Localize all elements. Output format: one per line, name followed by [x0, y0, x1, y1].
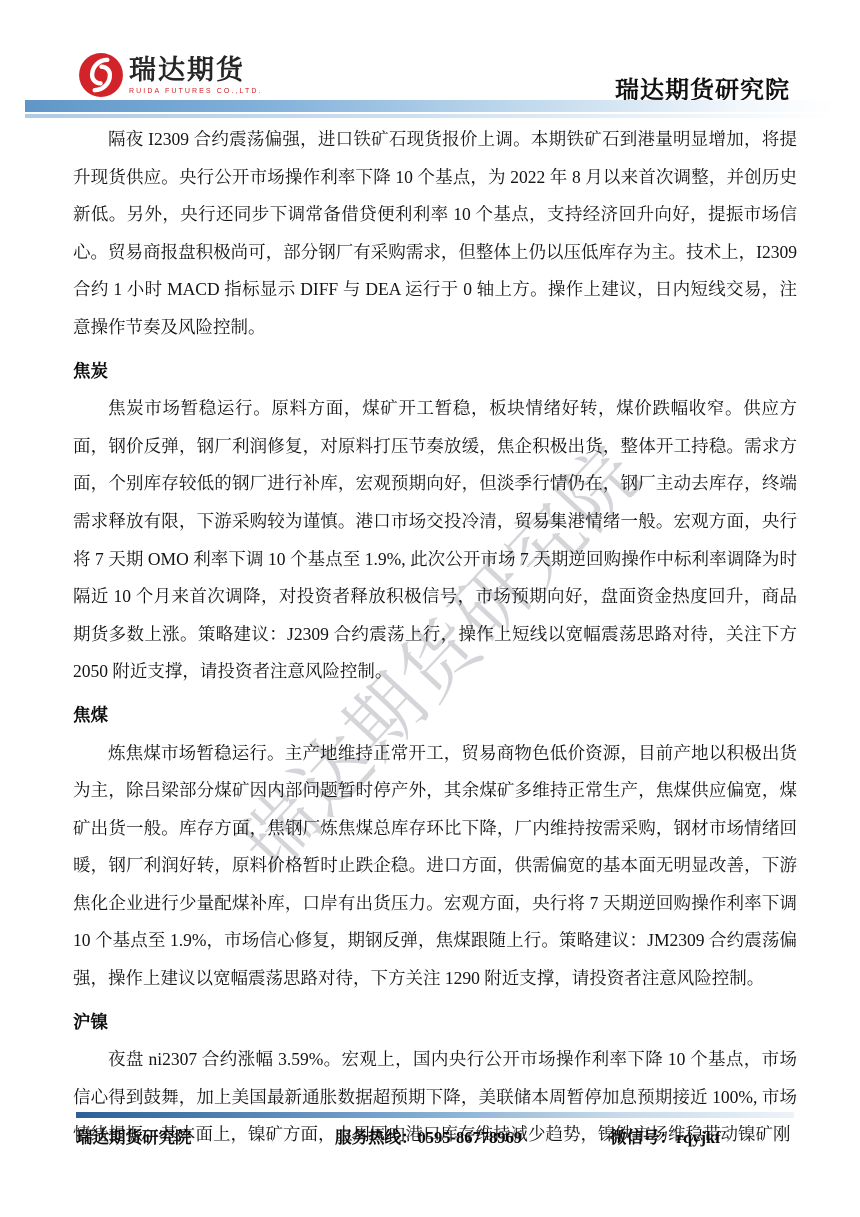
section-heading-shanghai-nickel: 沪镍 — [73, 1004, 797, 1042]
report-page: 瑞达期货 RUIDA FUTURES CO.,LTD. 瑞达期货研究院 瑞达期货… — [0, 0, 860, 1217]
brand-name-en: RUIDA FUTURES CO.,LTD. — [129, 88, 263, 95]
footer-rule — [76, 1112, 794, 1118]
paragraph-coke: 焦炭市场暂稳运行。原料方面，煤矿开工暂稳，板块情绪好转，煤价跌幅收窄。供应方面，… — [73, 390, 797, 691]
ruida-logo-icon — [78, 52, 124, 98]
footer-hotline-number: 0595-86778969 — [418, 1128, 523, 1147]
footer-hotline: 服务热线：0595-86778969 — [335, 1124, 522, 1148]
footer-wechat-id: rqyjkf — [676, 1128, 721, 1147]
header-rule-main — [25, 100, 835, 112]
section-heading-coke: 焦炭 — [73, 353, 797, 391]
logo-text: 瑞达期货 RUIDA FUTURES CO.,LTD. — [129, 52, 263, 95]
footer-wechat: 微信号：rqyjkf — [610, 1124, 721, 1148]
document-body: 隔夜 I2309 合约震荡偏强，进口铁矿石现货报价上调。本期铁矿石到港量明显增加… — [73, 121, 797, 1154]
header-rule — [25, 100, 835, 118]
footer-institute: 瑞达期货研究院 — [76, 1124, 192, 1148]
footer-wechat-label: 微信号： — [610, 1128, 676, 1147]
section-heading-coking-coal: 焦煤 — [73, 697, 797, 735]
paragraph-iron-ore: 隔夜 I2309 合约震荡偏强，进口铁矿石现货报价上调。本期铁矿石到港量明显增加… — [73, 121, 797, 347]
company-logo: 瑞达期货 RUIDA FUTURES CO.,LTD. — [78, 52, 263, 98]
header-rule-sub — [25, 114, 835, 118]
brand-name-cn: 瑞达期货 — [129, 54, 263, 86]
footer-hotline-label: 服务热线： — [335, 1128, 418, 1147]
paragraph-coking-coal: 炼焦煤市场暂稳运行。主产地维持正常开工，贸易商物色低价资源，目前产地以积极出货为… — [73, 735, 797, 998]
